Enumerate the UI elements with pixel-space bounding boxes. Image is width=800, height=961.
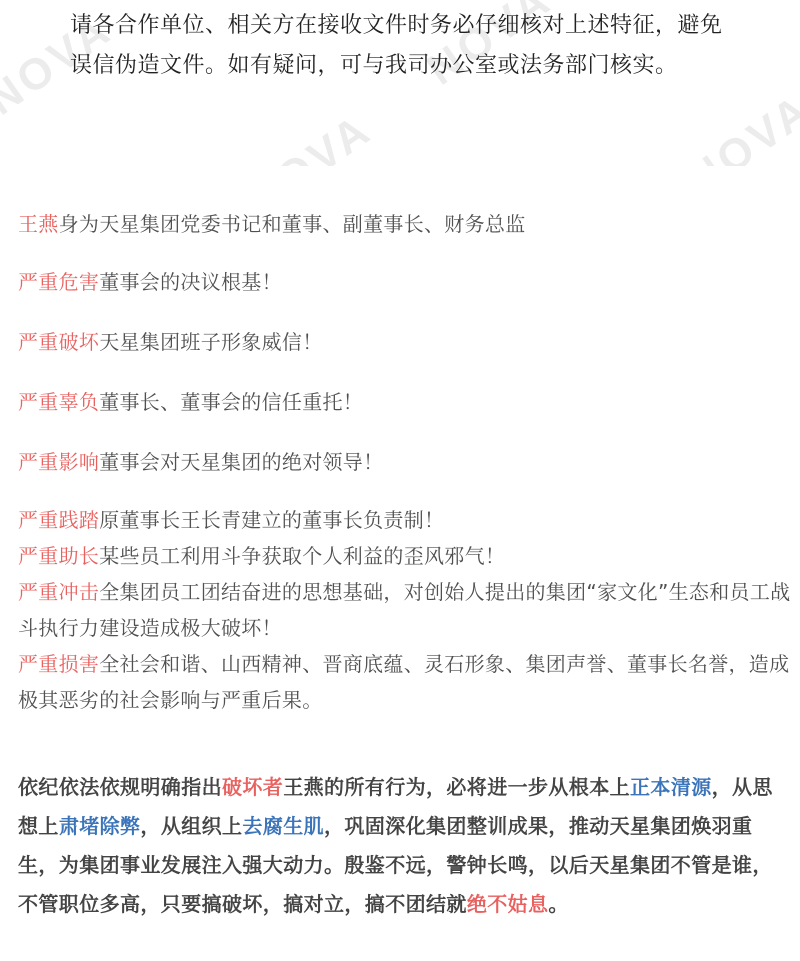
statement-text: 董事长、董事会的信任重托！	[99, 390, 363, 414]
statement-text: 董事会对天星集团的绝对领导！	[99, 450, 383, 474]
statement-text: 身为天星集团党委书记和董事、副董事长、财务总监	[59, 212, 526, 236]
highlight-text: 严重影响	[18, 450, 99, 474]
list-item: 严重冲击全集团员工团结奋进的思想基础，对创始人提出的集团“家文化”生态和员工战斗…	[18, 574, 793, 646]
statement-text: 原董事长王长青建立的董事长负责制！	[99, 508, 444, 532]
statement-line: 严重影响董事会对天星集团的绝对领导！	[18, 446, 383, 475]
conclusion-paragraph: 依纪依法依规明确指出破坏者王燕的所有行为，必将进一步从根本上正本清源，从思想上肃…	[18, 768, 793, 924]
list-item: 严重践踏原董事长王长青建立的董事长负责制！	[18, 502, 793, 538]
emphasis-text: 去腐生肌	[242, 814, 324, 838]
statement-line: 严重辜负董事长、董事会的信任重托！	[18, 386, 363, 415]
statement-line: 严重破坏天星集团班子形象威信！	[18, 326, 323, 355]
statement-text: 某些员工利用斗争获取个人利益的歪风邪气！	[99, 544, 505, 568]
text-segment: ，从组织上	[140, 814, 242, 838]
watermark-logo: NOVA	[678, 84, 800, 166]
emphasis-text: 肃堵除弊	[59, 814, 141, 838]
watermark-logo: NOVA	[238, 104, 381, 166]
highlight-text: 严重破坏	[18, 330, 99, 354]
emphasis-text: 正本清源	[630, 775, 712, 799]
highlight-text: 绝不姑息	[467, 892, 549, 916]
highlight-text: 严重冲击	[18, 580, 99, 604]
list-item: 严重损害全社会和谐、山西精神、晋商底蕴、灵石形象、集团声誉、董事长名誉，造成极其…	[18, 646, 793, 718]
text-segment: 依纪依法依规明确指出	[18, 775, 222, 799]
notice-image: NOVA NOVA NOVA NOVA 请各合作单位、相关方在接收文件时务必仔细…	[0, 0, 800, 166]
highlight-text: 严重辜负	[18, 390, 99, 414]
statement-text: 全集团员工团结奋进的思想基础，对创始人提出的集团“家文化”生态和员工战斗执行力建…	[18, 580, 790, 640]
highlight-text: 严重损害	[18, 652, 99, 676]
statement-text: 全社会和谐、山西精神、晋商底蕴、灵石形象、集团声誉、董事长名誉，造成极其恶劣的社…	[18, 652, 789, 712]
text-segment: 王燕的所有行为，必将进一步从根本上	[283, 775, 630, 799]
statement-text: 天星集团班子形象威信！	[99, 330, 322, 354]
statement-text: 董事会的决议根基！	[99, 270, 282, 294]
highlight-text: 破坏者	[222, 775, 283, 799]
highlight-text: 严重践踏	[18, 508, 99, 532]
list-item: 严重助长某些员工利用斗争获取个人利益的歪风邪气！	[18, 538, 793, 574]
text-segment: 。	[548, 892, 568, 916]
violations-list: 严重践踏原董事长王长青建立的董事长负责制！ 严重助长某些员工利用斗争获取个人利益…	[18, 502, 793, 718]
highlight-text: 严重助长	[18, 544, 99, 568]
statement-line: 严重危害董事会的决议根基！	[18, 266, 282, 295]
statement-line: 王燕身为天星集团党委书记和董事、副董事长、财务总监	[18, 208, 526, 237]
notice-text: 请各合作单位、相关方在接收文件时务必仔细核对上述特征，避免误信伪造文件。如有疑问…	[70, 6, 730, 86]
highlight-text: 严重危害	[18, 270, 99, 294]
highlight-text: 王燕	[18, 212, 59, 236]
